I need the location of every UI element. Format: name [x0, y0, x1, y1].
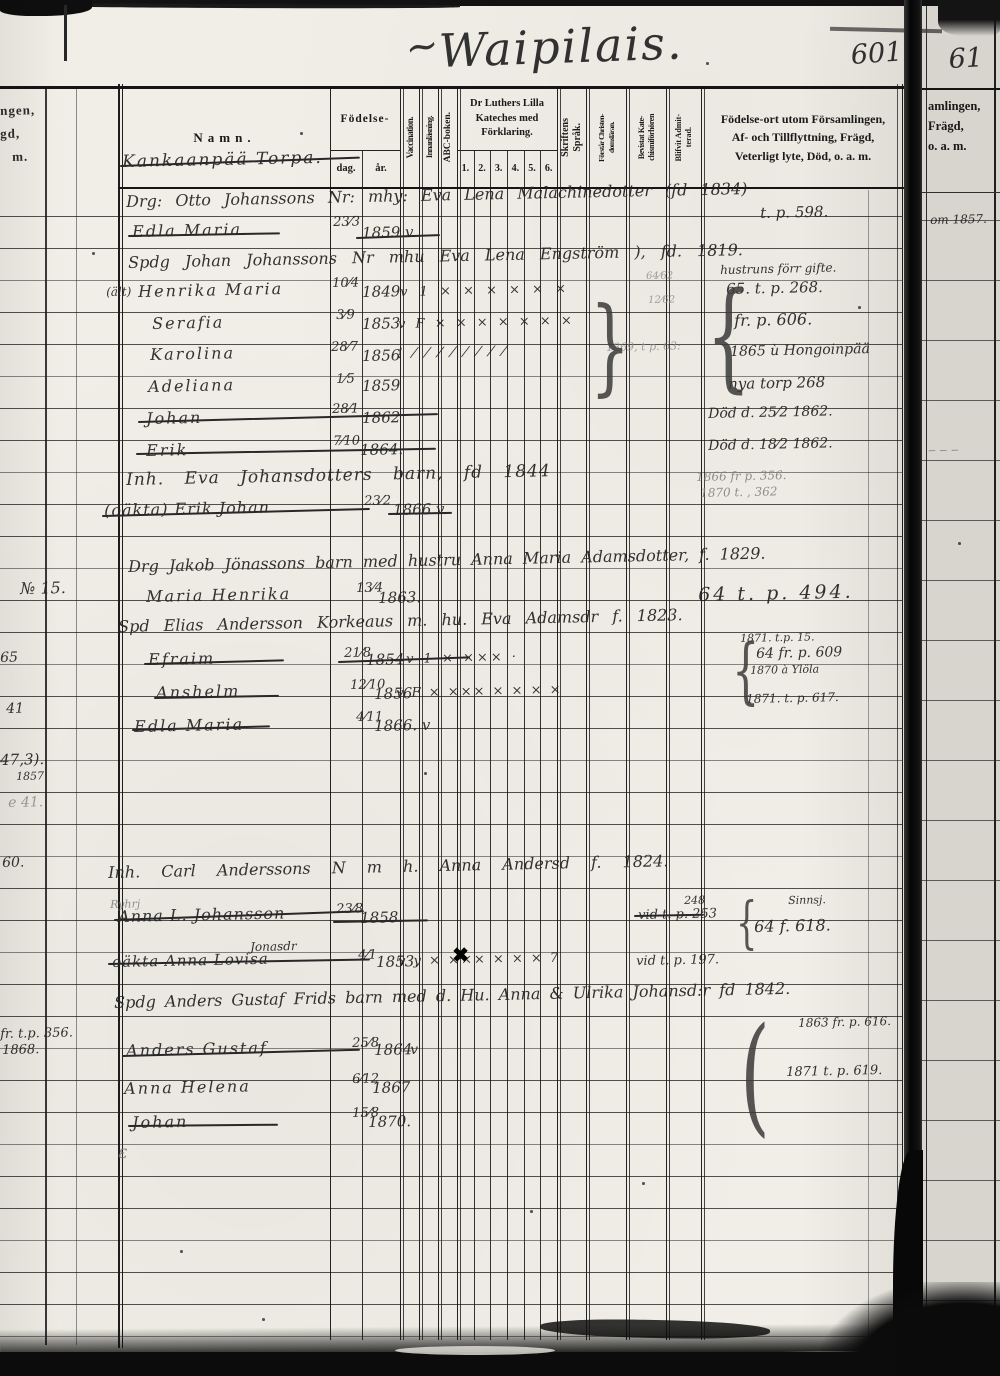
rule-line — [0, 760, 903, 761]
handwriting-note: 1870. — [368, 1114, 411, 1130]
rule-line — [922, 1060, 1000, 1061]
handwriting-note: Erik — [146, 442, 188, 459]
handwriting-note: (ält) — [106, 285, 131, 298]
handwriting-note: Död d. 25⁄2 1862. — [708, 404, 833, 421]
column-line — [902, 84, 904, 1350]
rule-line — [922, 820, 1000, 821]
rule-line — [922, 1240, 1000, 1241]
brace-mark: } — [590, 294, 630, 399]
next-page-header-fragment: amlingen, Frägd, o. a. m. — [928, 96, 1000, 182]
scan-speck — [92, 252, 95, 255]
handwriting-note: Johan — [132, 1114, 189, 1131]
rule-line — [922, 700, 1000, 701]
handwriting-note: ε — [118, 1144, 128, 1162]
column-line — [400, 88, 401, 1340]
handwriting-note: 12⁄62 — [648, 295, 675, 306]
handwriting-note: v y × ××× × × × 7 — [398, 952, 560, 968]
handwriting-note: 1849 — [362, 284, 400, 300]
scan-bottom-band — [0, 1352, 1000, 1376]
handwriting-note: Inh. Carl Anderssons N m h. Anna Andersd… — [108, 853, 669, 881]
handwriting-note: 23⁄2 — [364, 494, 391, 508]
handwriting-note: Anna Helena — [124, 1078, 251, 1097]
handwriting-note: 1863 fr. p. 616. — [798, 1015, 891, 1029]
handwriting-note: 1853 — [362, 316, 400, 332]
rule-line — [922, 1120, 1000, 1121]
handwriting-note: fr. t.p. 356. — [0, 1026, 73, 1041]
rule-line — [922, 460, 1000, 461]
handwriting-note: 3⁄9 — [336, 309, 355, 322]
handwriting-note: 1856 — [362, 348, 400, 364]
handwriting-note: Maria Henrika — [146, 586, 291, 605]
col-header-blifvit-admitterad: Blifvit Admit- terad. — [666, 88, 701, 187]
handwriting-note: 1870 t. , 362 — [700, 485, 778, 499]
handwriting-note: 1⁄5 — [336, 373, 355, 386]
strike-mark — [128, 1124, 278, 1127]
handwriting-note: t. p. 598. — [760, 205, 828, 221]
col-header-ar: år. — [362, 150, 400, 187]
col-header-forstar-christendomslaran: Förstår Christen- domsläran. — [586, 88, 626, 187]
rule-line — [922, 88, 1000, 90]
handwriting-note: 1862 — [362, 410, 400, 426]
rule-line — [922, 640, 1000, 641]
handwriting-note: Efraim — [148, 651, 215, 668]
handwriting-note: Johan — [146, 410, 203, 427]
handwriting-note: 248 — [684, 895, 705, 906]
column-line — [589, 88, 590, 1340]
rule-line — [922, 192, 1000, 193]
column-line — [441, 88, 442, 1340]
handwriting-note: 41 — [6, 702, 24, 716]
handwriting-note: om 1857. — [930, 213, 987, 226]
rule-line — [922, 1000, 1000, 1001]
handwriting-note: 1864 — [374, 1042, 412, 1058]
rule-line — [0, 536, 903, 537]
handwriting-note: Inh. Eva Johansdotters barn, fd 1844 — [126, 463, 551, 489]
rule-line — [0, 824, 903, 825]
handwriting-note: 64 t. p. 494. — [698, 583, 854, 605]
handwriting-note: 28⁄1 — [332, 402, 359, 416]
handwriting-note: 60. — [2, 856, 25, 870]
handwriting-note: Drg Jakob Jönassons barn med hustru Anna… — [128, 546, 766, 575]
handwriting-note: ~ — [402, 24, 442, 69]
scan-top-right-smudge — [938, 0, 1000, 36]
column-line — [868, 190, 869, 1340]
column-line — [897, 84, 898, 1350]
handwriting-note: Sinnsj. — [788, 894, 826, 906]
column-line — [994, 0, 996, 1376]
handwriting-note: 7⁄10 — [333, 434, 360, 448]
handwriting-note: gd, — [0, 127, 20, 140]
scan-speck — [958, 542, 961, 545]
handwriting-note: m. — [12, 150, 28, 163]
handwriting-note: 65 — [0, 651, 18, 665]
handwriting-note: Henrika Maria — [138, 281, 283, 300]
column-line — [629, 88, 630, 1340]
rule-line — [0, 1240, 903, 1241]
scan-speck — [706, 62, 709, 65]
column-line — [403, 88, 404, 1340]
column-line — [419, 88, 420, 1340]
handwriting-note: Spdg Johan Johanssons Nr mhu Eva Lena En… — [128, 242, 743, 271]
handwriting-note: 10⁄4 — [332, 276, 359, 290]
col-header-abc-boken: ABC-boken. — [438, 88, 457, 187]
handwriting-note: 1866 fr p. 356. — [696, 469, 787, 483]
scan-speck — [262, 1318, 265, 1321]
handwriting-note: v F × × × × × × × — [398, 314, 575, 331]
handwriting-note: 1866 v. — [393, 502, 448, 518]
handwriting-note: ✖ — [452, 945, 469, 965]
handwriting-note: 64 f. 618. — [754, 917, 831, 935]
col-header-innanlasning: Innanläsning. — [419, 88, 438, 187]
handwriting-note: 1863. — [378, 590, 421, 606]
handwriting-note: 1858. — [360, 910, 403, 926]
column-line — [460, 88, 461, 1340]
handwriting-note: 1867 — [372, 1080, 410, 1096]
rule-line — [922, 580, 1000, 581]
handwriting-note: ! ⁄ ⁄ ⁄ ⁄ ⁄ ⁄ ⁄ ⁄ — [397, 345, 508, 361]
rule-line — [922, 340, 1000, 341]
column-line — [626, 88, 627, 1340]
column-line — [76, 88, 77, 1345]
col-header-dag: dag. — [330, 150, 362, 187]
handwriting-note: v — [410, 1043, 418, 1057]
rule-line — [0, 1176, 903, 1177]
handwriting-note: 28⁄7 — [331, 340, 358, 354]
scan-speck — [858, 306, 861, 309]
col-header-kateches-numbers: 1. 2. 3. 4. 5. 6. — [457, 150, 557, 187]
handwriting-note: 1859 v. — [362, 225, 417, 241]
page-title-handwritten: Waipilais. — [438, 19, 684, 74]
column-line — [560, 88, 561, 1340]
handwriting-note: № 15. — [20, 580, 66, 597]
brace-mark: { — [732, 634, 759, 706]
handwriting-note: 1857 — [16, 770, 44, 782]
scan-speck — [530, 1210, 533, 1213]
handwriting-note: 1871. t. p. 617. — [746, 691, 839, 705]
handwriting-note: 1868. — [2, 1043, 39, 1057]
brace-mark: ( — [740, 1012, 770, 1140]
rule-line — [922, 880, 1000, 881]
handwriting-note: 23⁄3 — [333, 215, 360, 229]
column-line — [45, 88, 47, 1345]
rule-line — [0, 1304, 903, 1305]
handwriting-note: Spdg Anders Gustaf Frids barn med d. Hu.… — [114, 981, 790, 1011]
rule-line — [0, 888, 903, 889]
column-line — [926, 0, 927, 1376]
handwriting-note: Död d. 18⁄2 1862. — [708, 436, 833, 453]
handwriting-note: Karolina — [150, 345, 235, 363]
handwriting-note: 1871 t. p. 619. — [786, 1064, 883, 1079]
handwriting-note: e 41. — [8, 795, 43, 810]
rule-line — [922, 760, 1000, 761]
scan-speck — [642, 1182, 645, 1185]
rule-line — [0, 1272, 903, 1273]
rule-line — [922, 280, 1000, 281]
column-line — [457, 88, 458, 1340]
handwriting-note: 1866. v — [374, 718, 430, 734]
page-number: 601. — [850, 38, 912, 69]
handwriting-note: v F × ××× × × × × — [396, 684, 563, 700]
brace-mark: { — [706, 276, 751, 394]
handwriting-note: vid t. p. 197. — [636, 953, 719, 968]
rule-line — [922, 940, 1000, 941]
column-line — [557, 88, 558, 1340]
col-header-skriftens-sprak: Skriftens Språk. — [557, 88, 586, 187]
column-line — [438, 88, 439, 1340]
column-line — [422, 88, 423, 1340]
handwriting-note: Serafia — [152, 314, 225, 332]
rule-line — [0, 1208, 903, 1209]
rule-line — [922, 1180, 1000, 1181]
next-page-strip — [922, 0, 1000, 1376]
scanned-parish-register-page: Namn. Födelse- dag. år. Vaccination. Inn… — [0, 0, 1000, 1376]
brace-mark: { — [736, 896, 757, 952]
col-header-namn: Namn. — [119, 88, 330, 187]
next-page-number: 61 — [948, 44, 984, 73]
scan-bottom-notch — [395, 1346, 555, 1355]
col-header-kateches: Dr Luthers Lilla Kateches med Förklaring… — [457, 88, 557, 150]
col-header-fodelse: Födelse- — [330, 88, 400, 150]
rule-line — [922, 520, 1000, 521]
col-header-bevistat-katechismiforhoren: Bevistat Kate- chismiförhören — [626, 88, 666, 187]
rule-line — [0, 792, 903, 793]
column-line — [586, 88, 587, 1340]
handwriting-note: v 1 × × × × × × — [400, 282, 570, 299]
scan-top-left-blob — [0, 0, 92, 16]
scan-speck — [180, 1250, 183, 1253]
scan-speck — [424, 772, 427, 775]
handwriting-note: Edla Maria. — [132, 222, 249, 240]
handwriting-note: 64⁄62 — [646, 271, 673, 282]
handwriting-note: 1859 — [362, 378, 400, 394]
handwriting-note: 64 fr. p. 609 — [756, 645, 842, 661]
column-line — [701, 88, 702, 1340]
handwriting-note: ngen, — [0, 103, 35, 117]
handwriting-note: Adeliana — [148, 377, 235, 395]
column-line — [704, 88, 705, 1340]
col-header-vaccination: Vaccination. — [400, 88, 419, 187]
handwriting-note: ‒ ‒ ‒ — [928, 443, 959, 456]
col-header-fodelseort-notes: Födelse-ort utom Församlingen, Af- och T… — [701, 88, 905, 187]
scan-top-left-line — [64, 5, 67, 61]
handwriting-note: 1870 à Ylöla — [750, 664, 819, 676]
handwriting-note: 47,3). — [0, 752, 44, 768]
col-header-namn-label: Namn. — [193, 130, 255, 146]
rule-line — [922, 400, 1000, 401]
